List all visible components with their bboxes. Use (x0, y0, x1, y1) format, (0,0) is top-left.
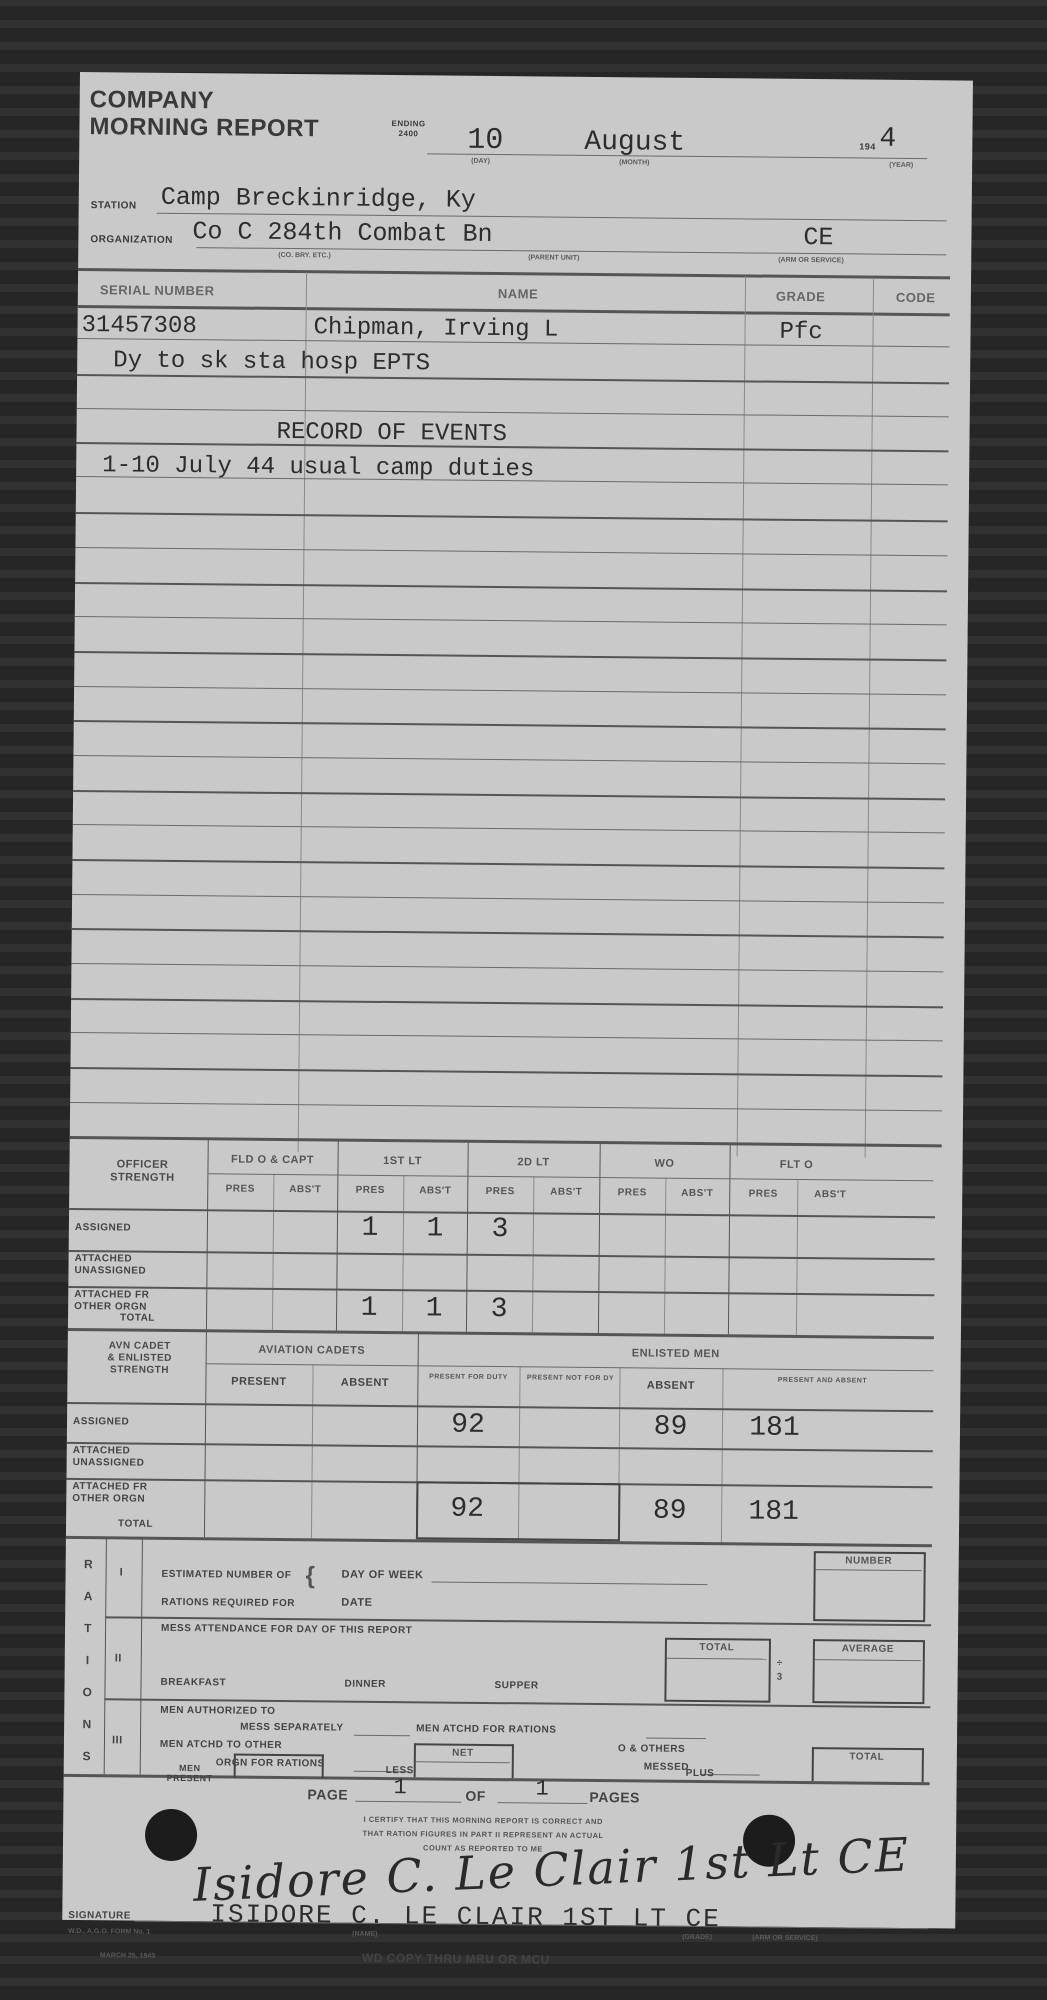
sub-pres: PRES (467, 1186, 533, 1198)
dinner-label: DINNER (344, 1679, 385, 1690)
col (311, 1364, 314, 1538)
net-label: NET (416, 1747, 510, 1759)
report-month: August (584, 127, 685, 159)
sub-present-not-for-duty: PRESENT NOT FOR DY (525, 1372, 615, 1384)
row-label-attached-fr-other: ATTACHED FR OTHER ORGN (74, 1289, 164, 1314)
caption-co: (CO. BRY. ETC.) (278, 252, 331, 260)
row-label-total: TOTAL (120, 1312, 155, 1323)
group-2d-lt: 2D LT (467, 1156, 599, 1169)
page-total: 1 (535, 1776, 548, 1801)
record-of-events-entry: 1-10 July 44 usual camp duties (102, 452, 534, 483)
other-line-1: MEN ATCHD TO OTHER (160, 1739, 282, 1751)
sub-enlisted-absent: ABSENT (619, 1379, 722, 1392)
row (206, 1363, 934, 1371)
day-caption: (DAY) (471, 158, 490, 165)
rule (73, 755, 945, 764)
men-atchd-for-rations-label: MEN ATCHD FOR RATIONS (416, 1723, 556, 1735)
mess-attendance-title: MESS ATTENDANCE FOR DAY OF THIS REPORT (161, 1623, 412, 1636)
header-code: CODE (896, 290, 936, 305)
title-line-2: MORNING REPORT (89, 113, 319, 142)
assigned-present-and-absent: 181 (722, 1412, 827, 1444)
entry-name: Chipman, Irving L (313, 314, 558, 343)
header-name: NAME (498, 286, 538, 301)
rule (77, 408, 949, 417)
page-label: PAGE (307, 1786, 348, 1802)
auth-line-1: MEN AUTHORIZED TO (160, 1705, 275, 1717)
page-number: 1 (393, 1775, 406, 1800)
row-label-attached-unassigned: ATTACHED UNASSIGNED (74, 1253, 164, 1278)
rule (74, 651, 946, 661)
assigned-1st-lt-pres: 1 (337, 1213, 403, 1245)
plus-label: PLUS (686, 1768, 715, 1779)
caption-service: (ARM OR SERVICE) (752, 1935, 818, 1943)
letter: S (78, 1740, 96, 1772)
group-wo: WO (599, 1157, 729, 1170)
title-line: OFFICER (79, 1158, 205, 1172)
rule (72, 859, 944, 869)
typed-name: ISIDORE C. LE CLAIR 1ST LT CE (210, 1899, 721, 1934)
row-label-total: TOTAL (118, 1518, 153, 1529)
letter: O (78, 1676, 96, 1708)
signature-label: SIGNATURE (68, 1910, 131, 1922)
rule (76, 442, 948, 452)
row (207, 1173, 933, 1181)
others-line-1: O & OTHERS (618, 1743, 685, 1755)
header-grade: GRADE (776, 289, 826, 304)
sub-present-and-absent: PRESENT AND ABSENT (747, 1374, 897, 1386)
sub-abst: ABS'T (665, 1188, 729, 1200)
col (204, 1331, 207, 1537)
group-1st-lt: 1ST LT (338, 1155, 468, 1168)
ending-time: 2400 (391, 129, 425, 139)
pages-field[interactable] (497, 1802, 587, 1804)
assigned-present-for-duty: 92 (417, 1409, 519, 1441)
organization-company: Co C 284th Combat Bn (192, 217, 492, 249)
breakfast-label: BREAKFAST (160, 1677, 226, 1689)
part-ii-numeral: II (115, 1652, 122, 1664)
rule (74, 686, 946, 695)
mess-total-label: TOTAL (667, 1642, 767, 1654)
men-present-box[interactable] (234, 1754, 324, 1779)
form-date: MARCH 25, 1943 (100, 1952, 155, 1960)
letter: T (79, 1612, 97, 1644)
rations-total-label: TOTAL (814, 1751, 920, 1763)
row-label-assigned: ASSIGNED (75, 1222, 131, 1234)
mess-separately-field[interactable] (354, 1735, 410, 1737)
total-1st-lt-abst: 1 (402, 1293, 466, 1325)
col (206, 1139, 209, 1329)
supper-label: SUPPER (494, 1680, 538, 1691)
page-field[interactable] (355, 1801, 461, 1803)
men-atchd-for-rations-field[interactable] (646, 1738, 706, 1740)
entry-serial-number: 31457308 (81, 312, 196, 340)
morning-report-form: COMPANY MORNING REPORT ENDING 2400 10 (D… (62, 72, 973, 1928)
organization-arm: CE (803, 223, 833, 252)
sub-pres: PRES (207, 1183, 273, 1195)
month-caption: (MONTH) (619, 159, 649, 166)
rule (73, 790, 945, 800)
others-line-2: MESSED (644, 1761, 689, 1772)
letter: N (78, 1708, 96, 1740)
of-label: OF (465, 1788, 486, 1804)
rule (76, 512, 948, 522)
col (728, 1144, 731, 1334)
letter: I (79, 1644, 97, 1676)
row-label-assigned: ASSIGNED (73, 1416, 129, 1428)
divider-name-grade (737, 276, 746, 1156)
rule (72, 894, 944, 903)
caption-arm: (ARM OR SERVICE) (778, 257, 844, 265)
total-absent: 89 (618, 1495, 721, 1527)
ending-label: ENDING 2400 (391, 119, 425, 139)
group-aviation-cadets: AVIATION CADETS (206, 1343, 418, 1357)
form-number: W.D., A.G.O. FORM No. 1 (68, 1928, 150, 1936)
header-serial-number: SERIAL NUMBER (100, 282, 215, 298)
letter: R (80, 1548, 98, 1580)
assigned-1st-lt-abst: 1 (403, 1213, 467, 1245)
date-label: DATE (341, 1597, 372, 1609)
sub-present-for-duty: PRESENT FOR DUTY (423, 1371, 513, 1383)
row (68, 1328, 934, 1339)
roster-top-rule (78, 268, 950, 279)
average-label: AVERAGE (815, 1643, 921, 1655)
part-i-text: ESTIMATED NUMBER OF RATIONS REQUIRED FOR (161, 1561, 295, 1618)
rations-side-label: R A T I O N S (78, 1548, 98, 1772)
letter: A (79, 1580, 97, 1612)
title-line-1: COMPANY (90, 86, 320, 115)
enlisted-strength-title: AVN CADET & ENLISTED STRENGTH (75, 1340, 203, 1377)
entry-grade: Pfc (779, 319, 822, 346)
total-present-and-absent: 181 (721, 1496, 826, 1528)
rule (71, 963, 943, 972)
rule (70, 1136, 942, 1147)
men-present-label: MEN PRESENT (160, 1763, 220, 1784)
rule (74, 720, 946, 730)
rule (75, 547, 947, 556)
station-value: Camp Breckinridge, Ky (161, 183, 476, 215)
rule (73, 824, 945, 833)
pages-label: PAGES (589, 1789, 640, 1805)
entry-remark: Dy to sk sta hosp EPTS (113, 347, 430, 377)
assigned-2d-lt-pres: 3 (467, 1214, 533, 1246)
text-line: RATIONS REQUIRED FOR (161, 1589, 295, 1618)
rule (70, 1102, 942, 1111)
year-caption: (YEAR) (889, 162, 913, 169)
caption-name: (NAME) (352, 1931, 377, 1938)
sub-pres: PRES (599, 1187, 665, 1199)
divider-grade-code (865, 278, 874, 1158)
rule (70, 1067, 942, 1077)
sub-pres: PRES (729, 1188, 797, 1200)
title-line: STRENGTH (79, 1171, 205, 1185)
brace-icon: { (305, 1562, 315, 1590)
caption-parent: (PARENT UNIT) (528, 254, 579, 261)
auth-line-2: MESS SEPARATELY (240, 1722, 344, 1734)
rule (71, 1032, 943, 1041)
group-enlisted-men: ENLISTED MEN (418, 1345, 934, 1362)
sub-cadets-present: PRESENT (205, 1375, 312, 1388)
rule (77, 374, 949, 384)
col (598, 1143, 601, 1333)
total-1st-lt-pres: 1 (336, 1293, 402, 1325)
day-of-week-field[interactable] (432, 1581, 708, 1585)
ending-word: ENDING (391, 119, 425, 129)
rule (75, 616, 947, 625)
row-label-attached-fr-other: ATTACHED FR OTHER ORGN (72, 1481, 162, 1506)
record-of-events-heading: RECORD OF EVENTS (276, 419, 507, 448)
total-present-for-duty: 92 (416, 1493, 518, 1525)
divider-serial-name (298, 272, 307, 1152)
part-i-numeral: I (120, 1566, 124, 1578)
sub-abst: ABS'T (403, 1185, 467, 1197)
rule (72, 928, 944, 938)
sub-cadets-absent: ABSENT (312, 1376, 417, 1389)
organization-label: ORGANIZATION (90, 234, 173, 246)
report-day: 10 (467, 124, 503, 158)
title-line: STRENGTH (75, 1364, 203, 1377)
group-fld-o-capt: FLD O & CAPT (208, 1153, 338, 1166)
officer-strength-title: OFFICER STRENGTH (79, 1158, 205, 1185)
station-label: STATION (91, 200, 137, 211)
caption-grade: (GRADE) (682, 1934, 712, 1941)
part-iii-numeral: III (112, 1734, 123, 1746)
report-year-digit: 4 (879, 124, 896, 155)
punch-hole-left (145, 1809, 197, 1861)
form-title: COMPANY MORNING REPORT (89, 86, 319, 142)
col (140, 1539, 143, 1775)
assigned-absent: 89 (619, 1411, 722, 1443)
total-2d-lt-pres: 3 (466, 1294, 532, 1326)
sub-abst: ABS'T (797, 1189, 863, 1201)
day-of-week-label: DAY OF WEEK (342, 1569, 424, 1582)
rule (75, 582, 947, 592)
roster-header-rule (78, 305, 950, 316)
row-label-attached-unassigned: ATTACHED UNASSIGNED (73, 1445, 163, 1470)
text-line: ESTIMATED NUMBER OF (161, 1561, 295, 1590)
year-prefix: 194 (859, 141, 876, 151)
routing-note: WD COPY THRU MRU OR MCU (362, 1951, 550, 1967)
sub-abst: ABS'T (533, 1186, 599, 1198)
sub-pres: PRES (337, 1185, 403, 1197)
row (69, 1250, 935, 1260)
rule (71, 998, 943, 1008)
divide-by-three: ÷ 3 (777, 1657, 791, 1685)
sub-abst: ABS'T (273, 1184, 337, 1196)
group-flt-o: FLT O (729, 1158, 863, 1171)
col (104, 1538, 107, 1774)
number-box-label: NUMBER (816, 1555, 922, 1567)
